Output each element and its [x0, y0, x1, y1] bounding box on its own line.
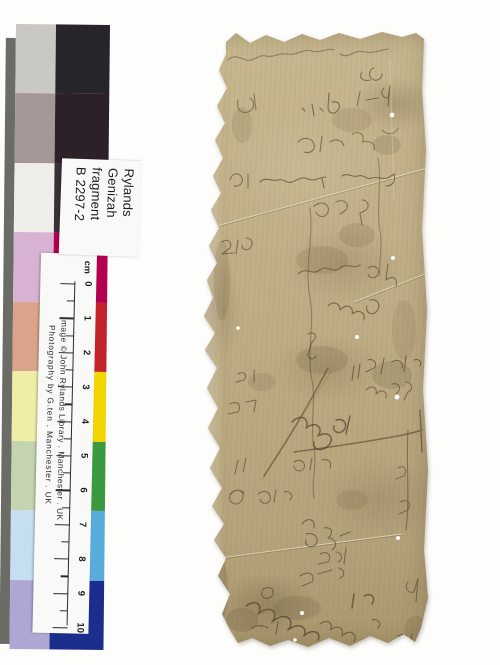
ruler-number: 0: [82, 281, 93, 287]
fragment-id-label-text: Rylands Genizah fragment B 2297-2: [70, 159, 142, 257]
ruler-tick-minor: [61, 576, 69, 577]
fragment-writing-and-damage: [202, 30, 430, 648]
ruler-number: 1: [81, 315, 92, 321]
ruler-number: 10: [74, 622, 85, 633]
fragment-id-label: Rylands Genizah fragment B 2297-2: [59, 158, 142, 257]
ruler: cm 012345678910 Image © John Rylands Lib…: [32, 253, 97, 634]
ruler-number: 8: [76, 556, 87, 562]
ruler-tick-major: [52, 627, 67, 629]
color-patch-saturated: [55, 94, 110, 164]
ruler-number: 7: [77, 522, 88, 528]
ruler-unit-label: cm: [83, 261, 93, 274]
color-patch-pastel: [15, 93, 56, 163]
ruler-tick-major: [54, 558, 69, 560]
ruler-tick-major: [55, 524, 70, 526]
fragment-paper: [202, 30, 430, 648]
label-line-collection: Rylands: [118, 168, 137, 257]
ruler-number: 2: [81, 350, 92, 356]
ruler-number: 4: [79, 419, 90, 425]
color-patch-pastel: [14, 163, 55, 233]
ruler-number: 3: [80, 384, 91, 390]
ruler-number: 5: [78, 453, 89, 459]
ruler-tick-minor: [61, 541, 69, 542]
ruler-tick-minor: [60, 610, 68, 611]
color-patch-pastel: [15, 24, 56, 94]
label-line-collection-type: Genizah: [102, 168, 121, 257]
ruler-tick-minor: [67, 301, 75, 302]
label-line-shelfmark: B 2297-2: [70, 167, 89, 256]
ruler-tick-major: [53, 593, 68, 595]
ruler-tick-major: [60, 283, 75, 285]
color-card-row: [15, 93, 110, 163]
manuscript-fragment: [202, 30, 430, 648]
photo-canvas: Rylands Genizah fragment B 2297-2 cm 012…: [0, 0, 500, 665]
ruler-scale: cm 012345678910 Image © John Rylands Lib…: [32, 253, 97, 634]
color-patch-saturated: [55, 24, 110, 94]
label-line-object-type: fragment: [86, 167, 105, 256]
ruler-number: 6: [78, 487, 89, 493]
ruler-number: 9: [75, 591, 86, 597]
color-card-row: [15, 24, 110, 94]
